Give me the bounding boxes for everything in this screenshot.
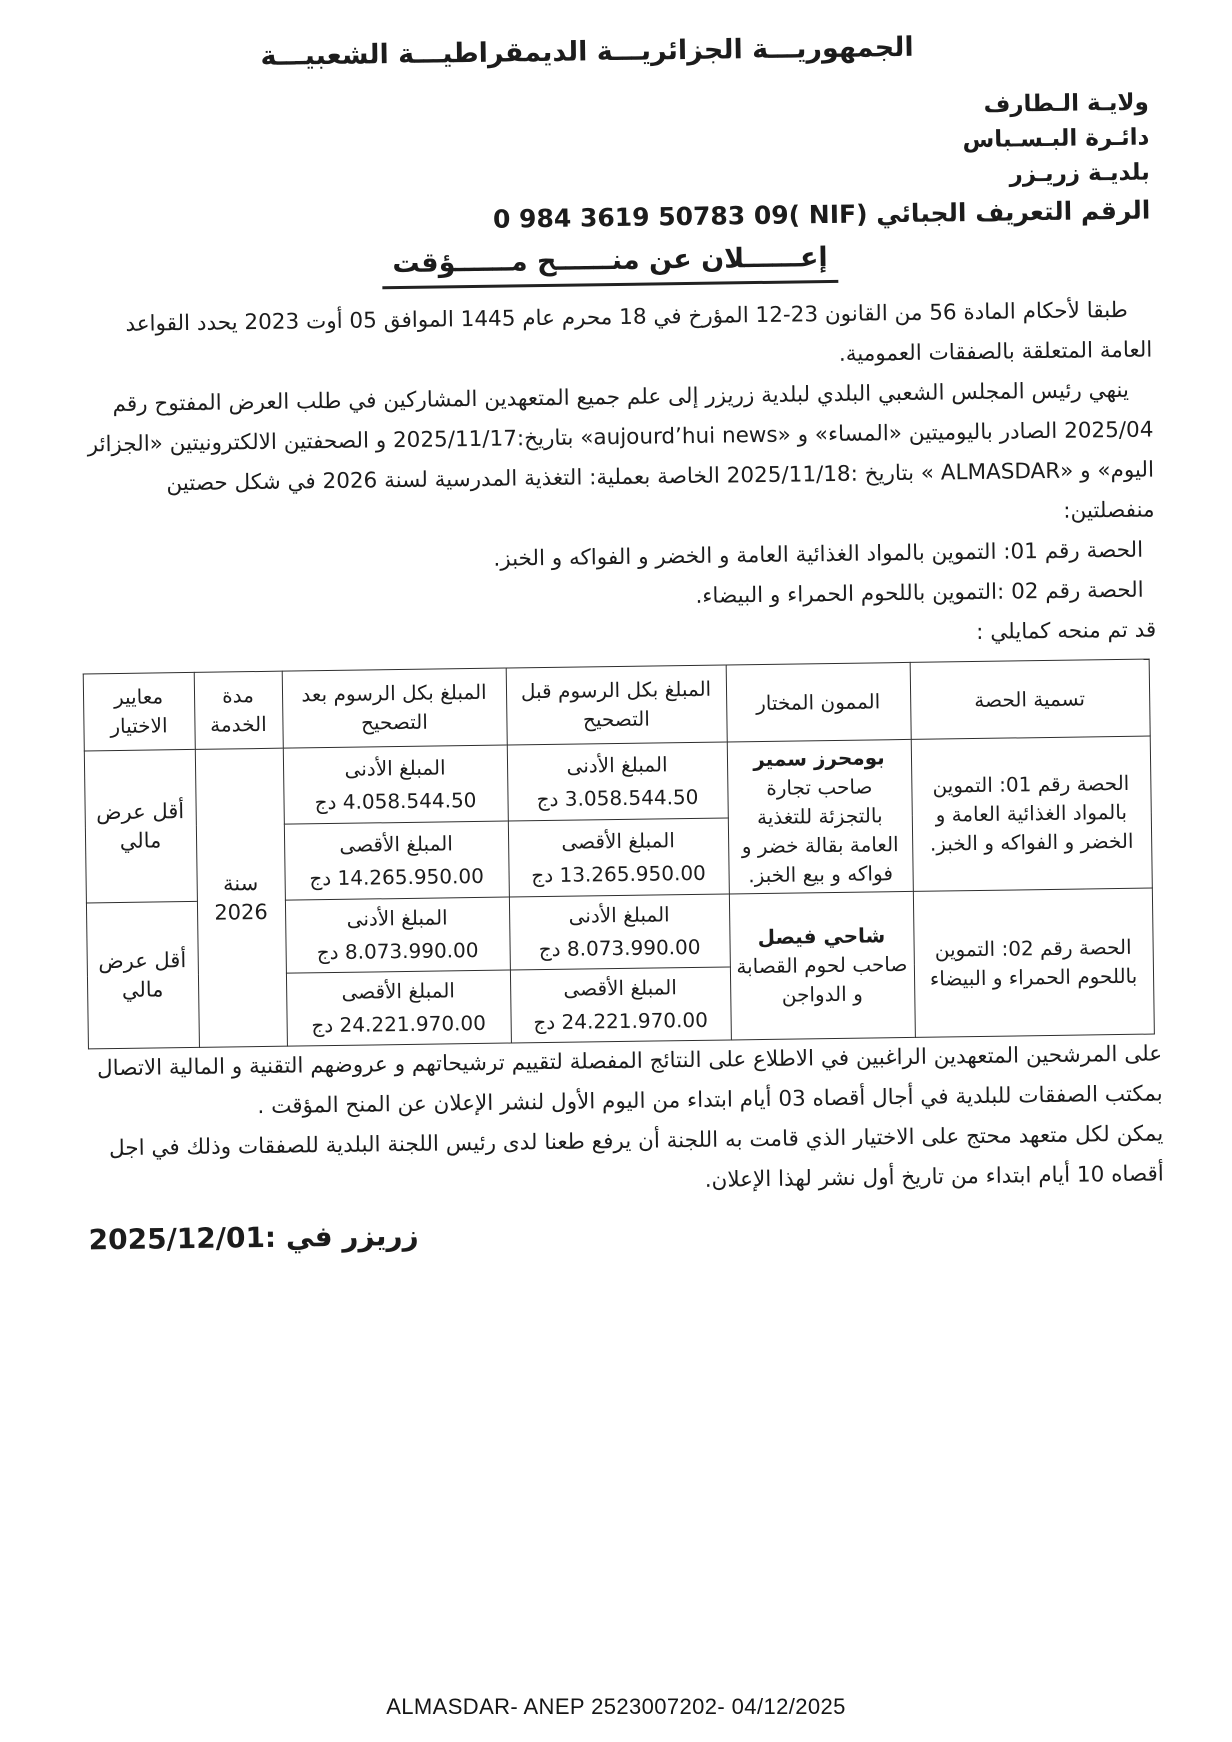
max-amount-label: المبلغ الأقصى (513, 823, 722, 859)
scanned-document-page: { "header": { "republic": "الجمهوريـــة … (0, 0, 1232, 1742)
lot2-before-min-cell: المبلغ الأدنى 8.073.990.00 دج (509, 894, 730, 970)
lot1-before-min-value: 3.058.544.50 دج (513, 780, 722, 816)
table-header-row: تسمية الحصة الممون المختار المبلغ بكل ال… (83, 659, 1150, 751)
lot1-before-min-cell: المبلغ الأدنى 3.058.544.50 دج (507, 742, 728, 821)
lot2-supplier-name: شاحي فيصل (757, 923, 885, 949)
announcement-title-wrap: إعــــــلان عن منــــــح مــــــؤقت (69, 238, 1151, 294)
col-header-amount-after: المبلغ بكل الرسوم بعد التصحيح (282, 668, 507, 748)
lot2-after-min-cell: المبلغ الأدنى 8.073.990.00 دج (285, 897, 510, 973)
lot2-before-max-cell: المبلغ الأقصى 24.221.970.00 دج (510, 967, 731, 1043)
document-content: الجمهوريـــة الجزائريـــة الديمقراطيـــة… (0, 0, 1232, 1258)
nif-label: الرقم التعريف الجبائي (876, 196, 1151, 229)
lot2-after-max-cell: المبلغ الأقصى 24.221.970.00 دج (286, 970, 511, 1046)
table-row-lot1-min: الحصة رقم 01: التموين بالمواد الغذائية ا… (84, 736, 1151, 827)
lot2-designation-cell: الحصة رقم 02: التموين باللحوم الحمراء و … (913, 888, 1154, 1037)
appeal-paragraph: يمكن لكل متعهد محتج على الاختيار الذي قا… (81, 1114, 1164, 1209)
lot1-after-min-cell: المبلغ الأدنى 4.058.544.50 دج (283, 745, 508, 824)
min-amount-label: المبلغ الأدنى (514, 898, 723, 934)
nif-value: 0 984 3619 50783 09( NIF) (493, 199, 868, 233)
lot1-after-min-value: 4.058.544.50 دج (289, 783, 502, 819)
max-amount-label: المبلغ الأقصى (515, 971, 724, 1007)
results-consultation-paragraph: على المرشحين المتعهدين الراغبين في الاطل… (80, 1034, 1163, 1129)
lot1-before-max-cell: المبلغ الأقصى 13.265.950.00 دج (508, 818, 729, 897)
lot2-before-max-value: 24.221.970.00 دج (516, 1004, 725, 1040)
authority-block: ولايـة الـطارف دائـرة البـسـباس بلديـة ز… (67, 86, 1151, 243)
lot2-supplier-cell: شاحي فيصل صاحب لحوم القصابة و الدواجن (729, 891, 915, 1040)
legal-basis-paragraph: طبقا لأحكام المادة 56 من القانون 23-12 ا… (70, 291, 1153, 386)
lot2-after-max-value: 24.221.970.00 دج (292, 1007, 505, 1043)
lot1-after-max-value: 14.265.950.00 دج (290, 859, 503, 895)
lot2-criteria-cell: أقل عرض مالي (86, 901, 199, 1049)
lot1-supplier-cell: بومحرز سمير صاحب تجارة بالتجزئة للتغذية … (727, 739, 913, 894)
min-amount-label: المبلغ الأدنى (288, 750, 501, 786)
col-header-criteria: معايير الاختيار (83, 672, 195, 751)
col-header-designation: تسمية الحصة (910, 659, 1150, 739)
max-amount-label: المبلغ الأقصى (289, 826, 502, 862)
lot2-after-min-value: 8.073.990.00 دج (291, 934, 504, 970)
anep-footer-line: ALMASDAR- ANEP 2523007202- 04/12/2025 (0, 1694, 1232, 1720)
min-amount-label: المبلغ الأدنى (512, 747, 721, 783)
republic-heading: الجمهوريـــة الجزائريـــة الديمقراطيـــة… (66, 29, 1108, 75)
lot2-supplier-detail: صاحب لحوم القصابة و الدواجن (736, 952, 907, 1007)
min-amount-label: المبلغ الأدنى (290, 901, 503, 937)
col-header-supplier: الممون المختار (726, 662, 911, 742)
lot1-criteria-cell: أقل عرض مالي (84, 749, 197, 903)
lot2-before-min-value: 8.073.990.00 دج (515, 931, 724, 967)
col-header-duration: مدة الخدمة (194, 671, 283, 749)
lot1-designation-cell: الحصة رقم 01: التموين بالمواد الغذائية ا… (911, 736, 1152, 891)
max-amount-label: المبلغ الأقصى (291, 974, 504, 1010)
lot1-supplier-name: بومحرز سمير (753, 745, 885, 771)
tender-notice-paragraph: ينهي رئيس المجلس الشعبي البلدي لبلدية زر… (71, 370, 1155, 545)
lot1-supplier-detail: صاحب تجارة بالتجزئة للتغذية العامة بقالة… (742, 774, 899, 887)
announcement-title: إعــــــلان عن منــــــح مــــــؤقت (382, 242, 838, 289)
service-duration-cell: سنة 2026 (195, 748, 287, 1047)
place-date-line: زريزر في :2025/12/01 (88, 1208, 1164, 1256)
lot1-before-max-value: 13.265.950.00 دج (514, 856, 723, 892)
col-header-amount-before: المبلغ بكل الرسوم قبل التصحيح (506, 665, 727, 745)
lot1-after-max-cell: المبلغ الأقصى 14.265.950.00 دج (284, 821, 509, 900)
award-table: تسمية الحصة الممون المختار المبلغ بكل ال… (82, 659, 1154, 1050)
